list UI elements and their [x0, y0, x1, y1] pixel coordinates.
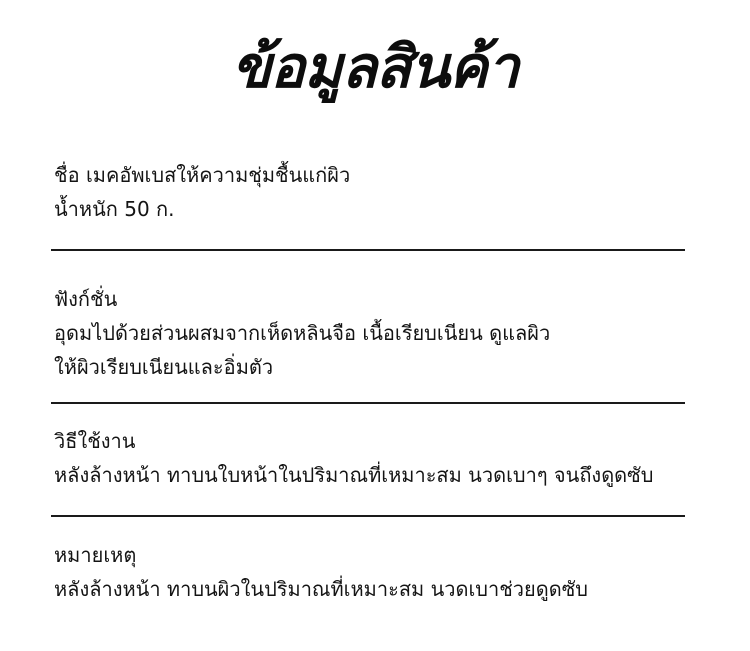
usage-section: วิธีใช้งาน หลังล้างหน้า ทาบนใบหน้าในปริม… [54, 424, 653, 492]
section-heading: ฟังก์ชั่น [54, 282, 550, 316]
product-weight: น้ำหนัก 50 ก. [54, 192, 350, 226]
function-section: ฟังก์ชั่น อุดมไปด้วยส่วนผสมจากเห็ดหลินจื… [54, 282, 550, 384]
section-heading: วิธีใช้งาน [54, 424, 653, 458]
page-title: ข้อมูลสินค้า [0, 22, 750, 112]
divider [51, 402, 685, 404]
section-heading: หมายเหตุ [54, 538, 588, 572]
section-text: ให้ผิวเรียบเนียนและอิ่มตัว [54, 350, 550, 384]
section-text: อุดมไปด้วยส่วนผสมจากเห็ดหลินจือ เนื้อเรี… [54, 316, 550, 350]
divider [51, 249, 685, 251]
section-text: หลังล้างหน้า ทาบนผิวในปริมาณที่เหมาะสม น… [54, 572, 588, 606]
divider [51, 515, 685, 517]
product-name: ชื่อ เมคอัพเบสให้ความชุ่มชื้นแก่ผิว [54, 158, 350, 192]
section-text: หลังล้างหน้า ทาบนใบหน้าในปริมาณที่เหมาะส… [54, 458, 653, 492]
notes-section: หมายเหตุ หลังล้างหน้า ทาบนผิวในปริมาณที่… [54, 538, 588, 606]
product-name-section: ชื่อ เมคอัพเบสให้ความชุ่มชื้นแก่ผิว น้ำห… [54, 158, 350, 226]
